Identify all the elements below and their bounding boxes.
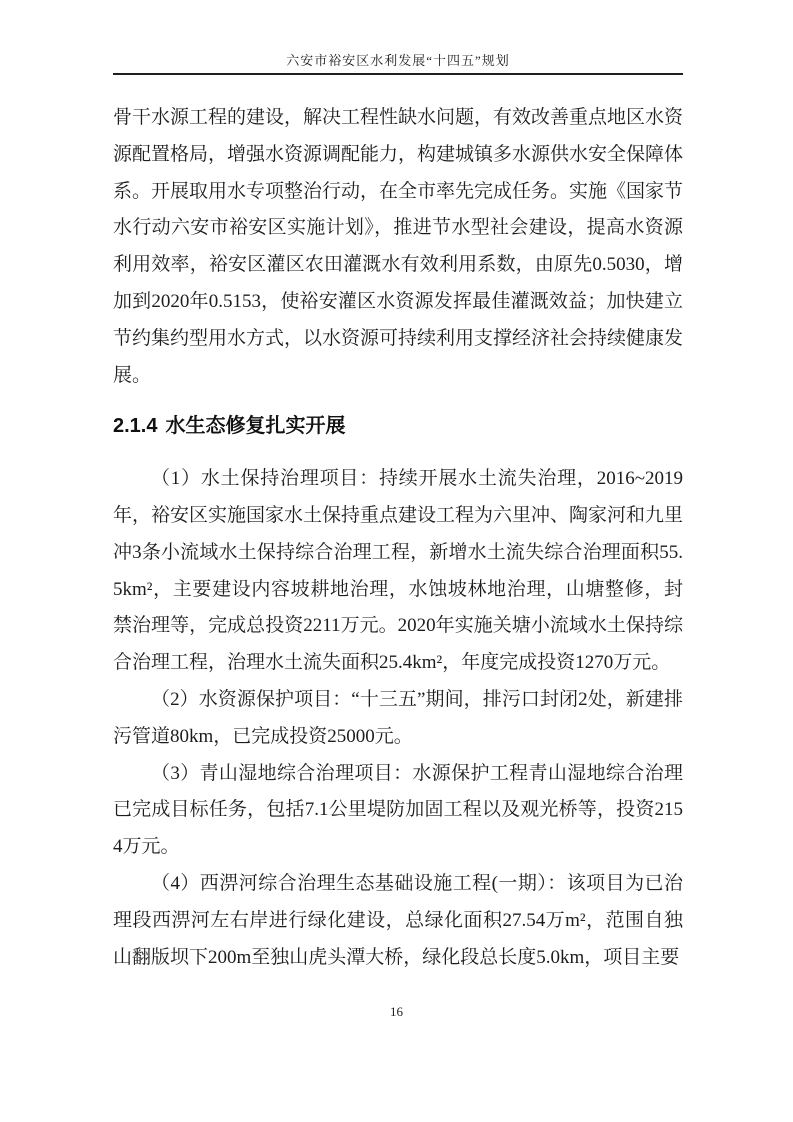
paragraph-item-4: （4）西淠河综合治理生态基础设施工程(一期）：该项目为已治理段西淠河左右岸进行绿… <box>113 866 683 976</box>
document-content: 骨干水源工程的建设，解决工程性缺水问题，有效改善重点地区水资源配置格局，增强水资… <box>113 100 683 976</box>
paragraph-continuation: 骨干水源工程的建设，解决工程性缺水问题，有效改善重点地区水资源配置格局，增强水资… <box>113 100 683 394</box>
document-page: 六安市裕安区水利发展“十四五”规划 骨干水源工程的建设，解决工程性缺水问题，有效… <box>0 0 793 1122</box>
page-header: 六安市裕安区水利发展“十四五”规划 <box>113 0 683 75</box>
page-footer: 16 <box>0 1003 793 1021</box>
header-divider <box>113 73 683 75</box>
paragraph-item-2: （2）水资源保护项目：“十三五”期间，排污口封闭2处，新建排污管道80km，已完… <box>113 682 683 756</box>
page-number: 16 <box>390 1004 403 1019</box>
paragraph-item-3: （3）青山湿地综合治理项目：水源保护工程青山湿地综合治理已完成目标任务，包括7.… <box>113 756 683 866</box>
header-title: 六安市裕安区水利发展“十四五”规划 <box>113 52 683 69</box>
paragraph-item-1: （1）水土保持治理项目：持续开展水土流失治理，2016~2019年，裕安区实施国… <box>113 461 683 682</box>
section-heading: 2.1.4水生态修复扎实开展 <box>113 408 683 445</box>
section-title: 水生态修复扎实开展 <box>165 415 345 437</box>
section-number: 2.1.4 <box>113 415 157 437</box>
